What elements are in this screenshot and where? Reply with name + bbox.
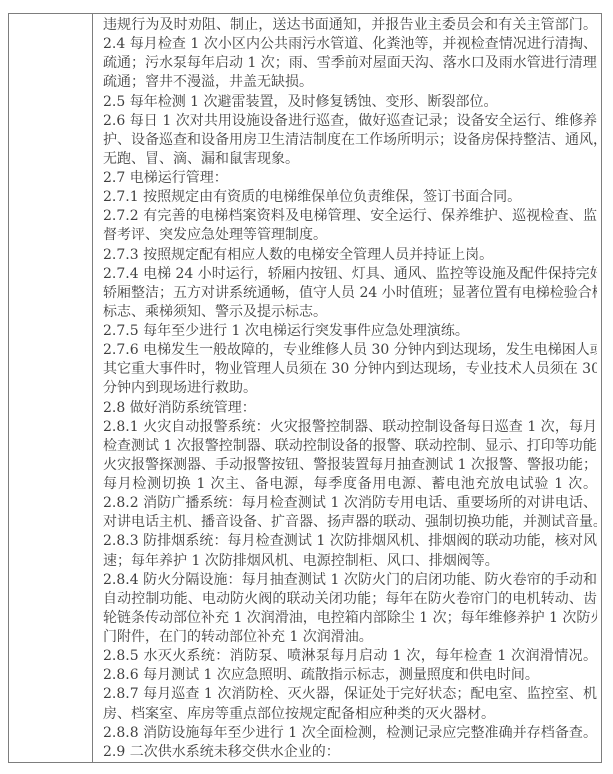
text-line: 2.8.7 每月巡查 1 次消防栓、灭火器，保证处于完好状态；配电室、监控室、机: [103, 685, 597, 704]
document-page: 违规行为及时劝阻、制止，送达书面通知，并报告业主委员会和有关主管部门。2.4 每…: [0, 0, 613, 774]
text-line: 违规行为及时劝阻、制止，送达书面通知，并报告业主委员会和有关主管部门。: [103, 16, 597, 35]
text-line: 检查测试 1 次报警控制器、联动控制设备的报警、联动控制、显示、打印等功能；: [103, 437, 597, 456]
text-line: 轿厢整洁；五方对讲系统通畅，值守人员 24 小时值班；显著位置有电梯检验合格: [103, 284, 597, 303]
text-line: 无跑、冒、滴、漏和鼠害现象。: [103, 150, 597, 169]
text-line: 分钟内到现场进行救助。: [103, 379, 597, 398]
content-lines: 违规行为及时劝阻、制止，送达书面通知，并报告业主委员会和有关主管部门。2.4 每…: [103, 16, 597, 762]
text-line: 2.8.1 火灾自动报警系统：火灾报警控制器、联动控制设备每日巡查 1 次，每月: [103, 418, 597, 437]
text-line: 疏通；污水泵每年启动 1 次；雨、雪季前对屋面天沟、落水口及雨水管进行清理、: [103, 54, 597, 73]
category-cell: [9, 14, 93, 763]
text-line: 2.9 二次供水系统未移交供水企业的：: [103, 743, 597, 762]
text-line: 2.7.3 按照规定配有相应人数的电梯安全管理人员并持证上岗。: [103, 246, 597, 265]
table-row: 违规行为及时劝阻、制止，送达书面通知，并报告业主委员会和有关主管部门。2.4 每…: [9, 14, 602, 763]
text-line: 2.6 每日 1 次对共用设施设备进行巡查，做好巡查记录；设备安全运行、维修养: [103, 112, 597, 131]
text-line: 门附件，在门的转动部位补充 1 次润滑油。: [103, 628, 597, 647]
text-line: 2.8 做好消防系统管理：: [103, 399, 597, 418]
text-line: 2.7.2 有完善的电梯档案资料及电梯管理、安全运行、保养维护、巡视检查、监: [103, 207, 597, 226]
text-line: 标志、乘梯须知、警示及提示标志。: [103, 303, 597, 322]
text-line: 房、档案室、库房等重点部位按规定配备相应种类的灭火器材。: [103, 705, 597, 724]
text-line: 2.7.4 电梯 24 小时运行，轿厢内按钮、灯具、通风、监控等设施及配件保持完…: [103, 265, 597, 284]
text-line: 自动控制功能、电动防火阀的联动关闭功能；每年在防火卷帘门的电机转动、齿: [103, 590, 597, 609]
text-line: 2.7.5 每年至少进行 1 次电梯运行突发事件应急处理演练。: [103, 322, 597, 341]
text-line: 2.7 电梯运行管理：: [103, 169, 597, 188]
text-line: 2.7.1 按照规定由有资质的电梯维保单位负责维保，签订书面合同。: [103, 188, 597, 207]
text-line: 速；每年养护 1 次防排烟风机、电源控制柜、风口、排烟阀等。: [103, 552, 597, 571]
text-line: 2.8.4 防火分隔设施：每月抽查测试 1 次防火门的启闭功能、防火卷帘的手动和: [103, 571, 597, 590]
content-cell: 违规行为及时劝阻、制止，送达书面通知，并报告业主委员会和有关主管部门。2.4 每…: [93, 14, 602, 763]
text-line: 2.8.5 水灭火系统：消防泵、喷淋泵每月启动 1 次，每年检查 1 次润滑情况…: [103, 647, 597, 666]
text-line: 2.8.2 消防广播系统：每月检查测试 1 次消防专用电话、重要场所的对讲电话、: [103, 494, 597, 513]
text-line: 对讲电话主机、播音设备、扩音器、扬声器的联动、强制切换功能，并测试音量。: [103, 513, 597, 532]
text-line: 督考评、突发应急处理等管理制度。: [103, 226, 597, 245]
text-line: 每月检测切换 1 次主、备电源，每季度备用电源、蓄电池充放电试验 1 次。: [103, 475, 597, 494]
text-line: 2.8.8 消防设施每年至少进行 1 次全面检测，检测记录应完整准确并存档备查。: [103, 724, 597, 743]
requirements-table: 违规行为及时劝阻、制止，送达书面通知，并报告业主委员会和有关主管部门。2.4 每…: [8, 13, 602, 763]
text-line: 2.8.3 防排烟系统：每月检查测试 1 次防排烟风机、排烟阀的联动功能，核对风: [103, 532, 597, 551]
text-line: 2.5 每年检测 1 次避雷装置，及时修复锈蚀、变形、断裂部位。: [103, 93, 597, 112]
text-line: 2.8.6 每月测试 1 次应急照明、疏散指示标志，测量照度和供电时间。: [103, 666, 597, 685]
text-line: 其它重大事件时，物业管理人员须在 30 分钟内到达现场，专业技术人员须在 30: [103, 360, 597, 379]
text-line: 2.4 每月检查 1 次小区内公共雨污水管道、化粪池等，并视检查情况进行清掏、: [103, 35, 597, 54]
text-line: 2.7.6 电梯发生一般故障的，专业维修人员 30 分钟内到达现场，发生电梯困人…: [103, 341, 597, 360]
text-line: 护、设备巡查和设备用房卫生清洁制度在工作场所明示；设备房保持整洁、通风，: [103, 131, 597, 150]
text-line: 疏通；窨井不漫溢，井盖无缺损。: [103, 73, 597, 92]
text-line: 轮链条传动部位补充 1 次润滑油，电控箱内部除尘 1 次；每年维修养护 1 次防…: [103, 609, 597, 628]
text-line: 火灾报警探测器、手动报警按钮、警报装置每月抽查测试 1 次报警、警报功能；: [103, 456, 597, 475]
